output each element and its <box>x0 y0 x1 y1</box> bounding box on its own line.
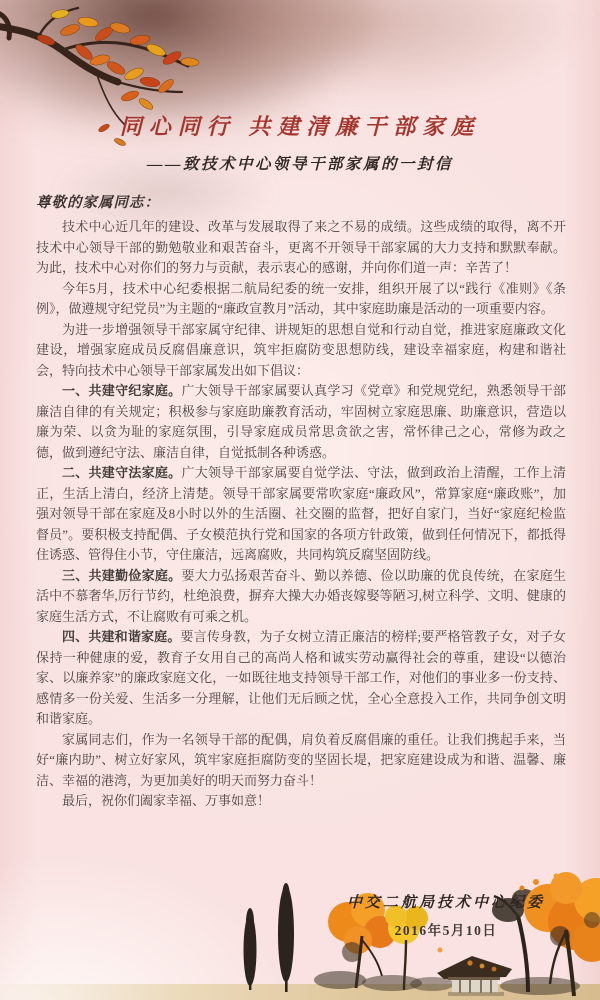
letter-body-wrap: 尊敬的家属同志： 技术中心近几年的建设、改革与发展取得了来之不易的成绩。这些成绩… <box>36 191 566 812</box>
letter-paragraph: 一、共建守纪家庭。广大领导干部家属要认真学习《党章》和党规党纪，熟悉领导干部廉洁… <box>36 381 566 463</box>
letter-paragraph: 最后，祝你们阖家幸福、万事如意！ <box>36 791 566 812</box>
letter-salutation: 尊敬的家属同志： <box>36 191 566 212</box>
letter-title: 同心同行 共建清廉干部家庭 <box>0 110 600 141</box>
letter-paragraph: 家属同志们，作为一名领导干部的配偶，肩负着反腐倡廉的重任。让我们携起手来，当好“… <box>36 730 566 792</box>
paragraph-lead: 二、共建守法家庭。 <box>62 465 181 480</box>
letter-date: 2016年5月10日 <box>310 919 582 939</box>
letter-paragraph: 为进一步增强领导干部家属守纪律、讲规矩的思想自觉和行动自觉，推进家庭廉政文化建设… <box>36 320 566 382</box>
letter-paragraph: 今年5月，技术中心纪委根据二航局纪委的统一安排，组织开展了以“践行《准则》《条例… <box>36 279 566 320</box>
letter-paragraph: 四、共建和谐家庭。要言传身教，为子女树立清正廉洁的榜样;要严格管教子女，对子女保… <box>36 627 566 730</box>
paragraph-lead: 一、共建守纪家庭。 <box>62 383 181 398</box>
letter-signature: 中交二航局技术中心纪委 <box>310 891 582 912</box>
paragraph-lead: 四、共建和谐家庭。 <box>62 629 181 644</box>
letter-subtitle: ——致技术中心领导干部家属的一封信 <box>0 152 600 174</box>
letter-paragraph: 技术中心近几年的建设、改革与发展取得了来之不易的成绩。这些成绩的取得，离不开技术… <box>36 217 566 279</box>
letter-body: 技术中心近几年的建设、改革与发展取得了来之不易的成绩。这些成绩的取得，离不开技术… <box>36 217 566 812</box>
letter-paragraph: 三、共建勤俭家庭。要大力弘扬艰苦奋斗、勤以养德、俭以助廉的优良传统，在家庭生活中… <box>36 566 566 628</box>
letter-content: 同心同行 共建清廉干部家庭 ——致技术中心领导干部家属的一封信 尊敬的家属同志：… <box>0 0 600 1000</box>
signature-block: 中交二航局技术中心纪委 2016年5月10日 <box>310 891 582 939</box>
letter-paragraph: 二、共建守法家庭。广大领导干部家属要自觉学法、守法，做到政治上清醒，工作上清正，… <box>36 463 566 566</box>
paragraph-lead: 三、共建勤俭家庭。 <box>62 568 181 583</box>
letter-page: 同心同行 共建清廉干部家庭 ——致技术中心领导干部家属的一封信 尊敬的家属同志：… <box>0 0 600 1000</box>
